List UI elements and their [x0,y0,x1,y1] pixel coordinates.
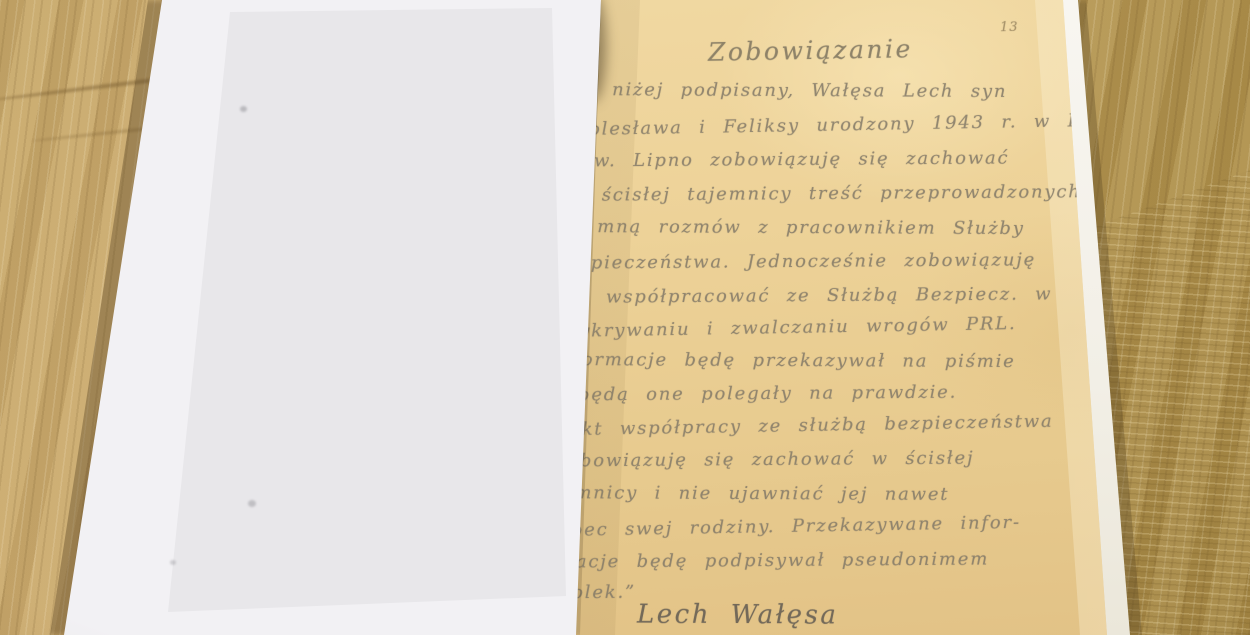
document-title: Zobowiązanie [708,34,913,67]
page-number: 13 [1000,20,1019,35]
handwritten-line: Fakt współpracy ze służbą bezpieczeństwa [556,411,1054,441]
paper-speck [240,106,247,112]
signature: Lech Wałęsa [637,600,838,631]
handwritten-line: tajemnicy i nie ujawniać jej nawet [533,482,949,505]
paper-speck [170,560,176,565]
handwritten-line: Informacje będę przekazywał na piśmie [551,349,1016,372]
handwritten-line: Bezpieczeństwa. Jednocześnie zobowiązuję [552,249,1036,273]
handwritten-line: w ścisłej tajemnicy treść przeprowadzony… [568,181,1082,206]
handwritten-line: będą one polegały na prawdzie. [578,382,957,406]
handwritten-line: pow. Lipno zobowiązuję się zachować [568,147,1010,171]
handwritten-line: ze mną rozmów z pracownikiem Służby [557,216,1025,239]
handwritten-line: współpracować ze Służbą Bezpiecz. w [606,283,1052,307]
handwritten-line: wykrywaniu i zwalczaniu wrogów PRL. [562,313,1017,342]
paper-speck [248,500,256,507]
handwritten-line: zobowiązuję się zachować w ścisłej [556,448,974,472]
handwritten-line: Ja niżej podpisany, Wałęsa Lech syn [574,79,1007,102]
photo-scene: 13 Zobowiązanie Ja niżej podpisany, Wałę… [0,0,1250,635]
handwritten-line: macje będę podpisywał pseudonimem [557,548,989,572]
